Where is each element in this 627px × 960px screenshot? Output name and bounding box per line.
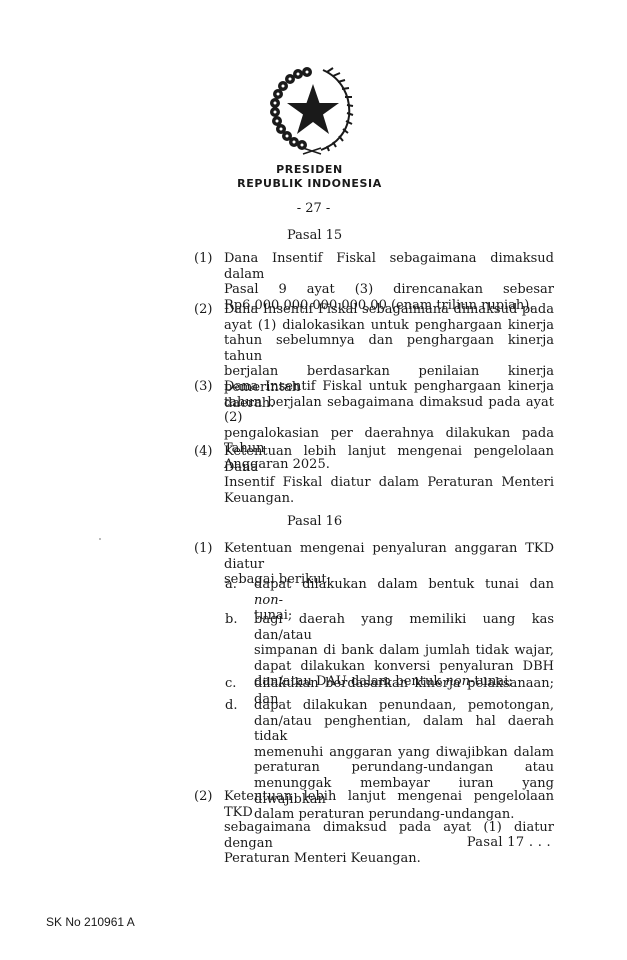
text-line: tahun sebelumnya dan penghargaan kinerja…	[224, 333, 554, 364]
header-president: PRESIDEN	[0, 163, 623, 176]
pasal-15-title: Pasal 15	[287, 228, 342, 243]
pasal-16-ayat-2: (2) Ketentuan lebih lanjut mengenai peng…	[194, 789, 554, 867]
text-line: ayat (1) dialokasikan untuk penghargaan …	[224, 318, 554, 334]
text-line: Pasal 9 ayat (3) direncanakan sebesar	[224, 282, 554, 298]
scan-speck	[99, 538, 101, 540]
text-line: Ketentuan lebih lanjut mengenai pengelol…	[224, 789, 554, 820]
page-number: - 27 -	[0, 201, 627, 216]
text-line: Dana Insentif Fiskal sebagaimana dimaksu…	[224, 302, 554, 318]
point-letter: c.	[225, 676, 236, 692]
text-line: Dana Insentif Fiskal untuk penghargaan k…	[224, 379, 554, 395]
text-line: tahun berjalan sebagaimana dimaksud pada…	[224, 395, 554, 426]
point-letter: a.	[225, 577, 237, 593]
text-line: Insentif Fiskal diatur dalam Peraturan M…	[224, 475, 554, 491]
text-line: dapat dilakukan penundaan, pemotongan,	[254, 698, 554, 714]
text-line: dapat dilakukan dalam bentuk tunai dan	[254, 577, 554, 592]
ayat-number: (2)	[194, 789, 212, 805]
text-line: simpanan di bank dalam jumlah tidak waja…	[254, 643, 554, 659]
text-line: Ketentuan mengenai penyaluran anggaran T…	[224, 541, 554, 572]
ayat-number: (2)	[194, 302, 212, 318]
text-line: bagi daerah yang memiliki uang kas dan/a…	[254, 612, 554, 643]
header-republic: REPUBLIK INDONESIA	[0, 177, 623, 190]
text-line: Peraturan Menteri Keuangan.	[224, 851, 554, 867]
italic-term: non-	[254, 593, 283, 608]
point-letter: d.	[225, 698, 237, 714]
text-line: Keuangan.	[224, 491, 554, 507]
text-line: memenuhi anggaran yang diwajibkan dalam	[254, 745, 554, 761]
text-line: dan/atau penghentian, dalam hal daerah t…	[254, 714, 554, 745]
point-letter: b.	[225, 612, 237, 628]
ayat-number: (4)	[194, 444, 212, 460]
footer-sk-number: SK No 210961 A	[46, 915, 135, 929]
pasal-15-ayat-4: (4) Ketentuan lebih lanjut mengenai peng…	[194, 444, 554, 506]
ayat-number: (1)	[194, 251, 212, 267]
garuda-star-emblem-icon	[263, 64, 359, 156]
text-line: peraturan perundang-undangan atau	[254, 760, 554, 776]
ayat-number: (1)	[194, 541, 212, 557]
text-line: Dana Insentif Fiskal sebagaimana dimaksu…	[224, 251, 554, 282]
text-line: Ketentuan lebih lanjut mengenai pengelol…	[224, 444, 554, 475]
continuation-marker: Pasal 17 . . .	[467, 835, 551, 850]
text-line: dapat dilakukan konversi penyaluran DBH	[254, 659, 554, 675]
document-page: PRESIDEN REPUBLIK INDONESIA - 27 - Pasal…	[0, 0, 627, 960]
pasal-16-title: Pasal 16	[287, 514, 342, 529]
ayat-number: (3)	[194, 379, 212, 395]
